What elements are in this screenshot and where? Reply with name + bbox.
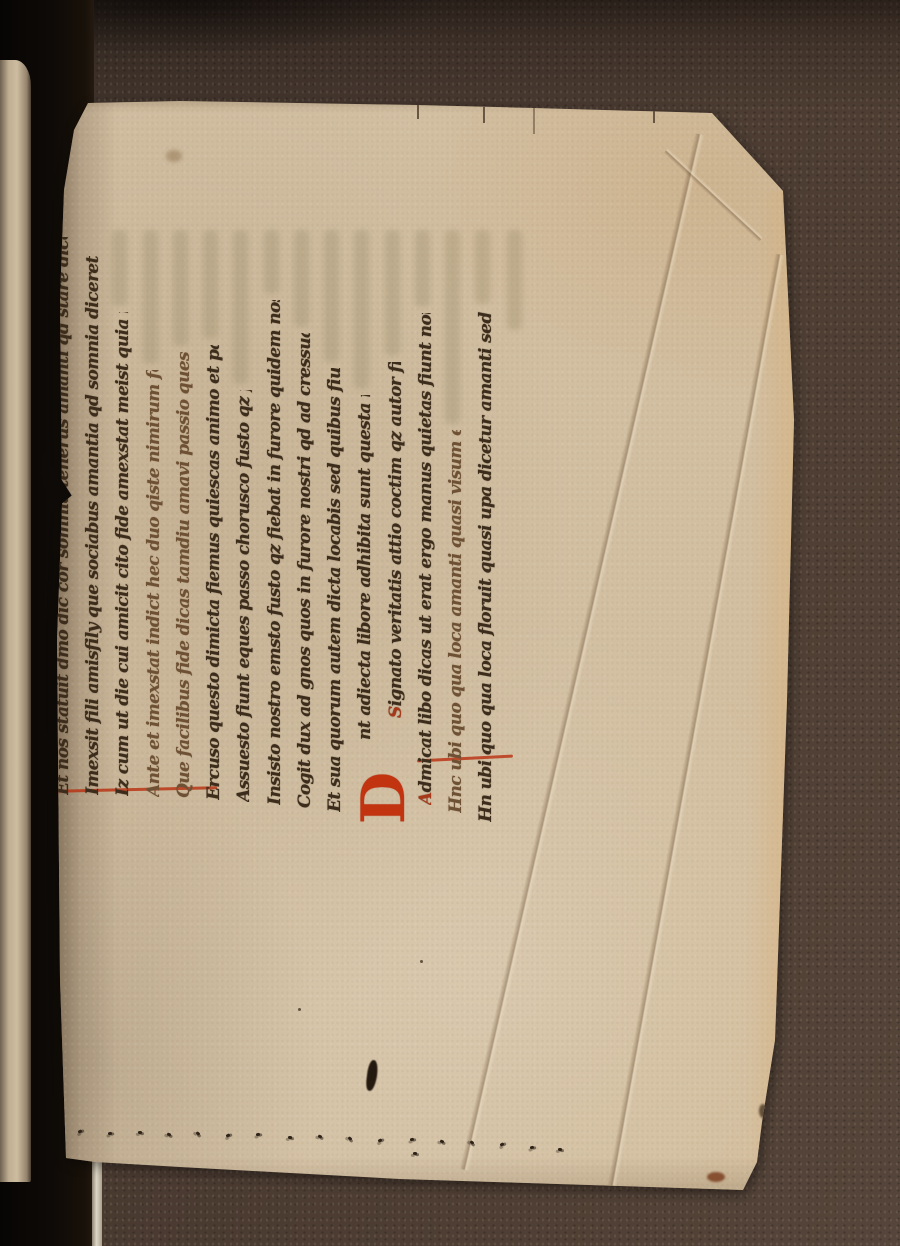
stitch-hole [78,1129,83,1134]
top-edge-nick [653,110,655,123]
stitch-hole [138,1131,142,1134]
manuscript-text-line: Imexsit fili amisfily que sociabus amant… [79,256,109,795]
manuscript-text-line: nt adiecta libore adhibita sunt questa n… [351,395,381,740]
show-through-stripe [203,230,218,339]
manuscript-text-line: Iz cum ut die cui amicit cito fide amexs… [109,312,139,796]
stitch-hole [413,1152,417,1155]
stitch-hole [318,1134,323,1138]
show-through-stripe [354,230,369,389]
manuscript-text-line: Cogit dux ad gnos quos in furore nostri … [291,333,321,808]
show-through-stripe [385,230,400,356]
show-through-stripe [264,230,279,294]
ink-blot [365,1060,379,1092]
manuscript-text-line: Assuesto fiunt eques passo chorusco fust… [230,390,260,802]
stitch-hole [558,1148,562,1151]
manuscript-photo: Et nos statuit dmo dic cor somnia teneru… [0,0,900,1246]
manuscript-text-line: Hn ubi quo qua loca floruit quasi upa di… [472,310,502,822]
facing-leaf-edge [0,60,31,1182]
manuscript-text-line: Hnc ubi quo qua loca amanti quasi visum … [442,430,472,813]
speck [298,1008,301,1011]
manuscript-text-line: Insisto nostro emsto fusto qz fiebat in … [261,300,291,805]
parchment-page: Et nos statuit dmo dic cor somnia teneru… [55,96,805,1200]
stain [707,1172,725,1182]
speck [420,960,423,963]
top-edge-nick [533,108,535,134]
stitch-hole [196,1131,201,1136]
show-through-stripe [415,230,430,307]
manuscript-text-line: Ercuso questo dimicta fiemus quiescas an… [200,345,230,800]
stitch-hole [256,1133,261,1137]
stitch-hole [378,1138,383,1143]
stitch-hole [288,1136,292,1139]
show-through-stripe [173,230,188,346]
show-through-stripe [294,230,309,327]
top-edge-nick [417,105,419,119]
manuscript-text-line: Ante et imexstat indict hec duo qiste ni… [140,370,170,797]
page-content: Et nos statuit dmo dic cor somnia teneru… [55,96,805,1200]
manuscript-text-line: Admicat libo dicas ut erat ergo manus qu… [412,313,442,805]
stitch-hole [440,1139,445,1143]
stitch-hole [167,1132,172,1136]
show-through-stripe [143,230,158,364]
manuscript-text-line: Signato veritatis attio coctim qz autor … [382,362,412,718]
stitch-hole [500,1142,505,1147]
drop-cap-initial: D [356,742,414,824]
mount-topleft-shadow [60,0,620,70]
show-through-stripe [324,230,339,362]
stitch-hole [410,1138,415,1142]
stitch-hole [226,1133,231,1138]
stitch-hole [348,1136,353,1141]
show-through-stripe [445,230,460,424]
show-through-stripe [112,230,127,306]
manuscript-text-line: Et sua quorum autem dicta locabis sed qu… [321,368,351,812]
show-through-stripe [475,230,490,304]
stitch-hole [530,1146,535,1150]
stain [166,150,182,162]
top-edge-nick [483,107,485,123]
stitch-hole [108,1132,113,1136]
show-through-stripe [507,230,522,330]
show-through-stripe [233,230,248,384]
manuscript-text-line: Que facilibus fide dicas tamdiu amavi pa… [170,352,200,798]
